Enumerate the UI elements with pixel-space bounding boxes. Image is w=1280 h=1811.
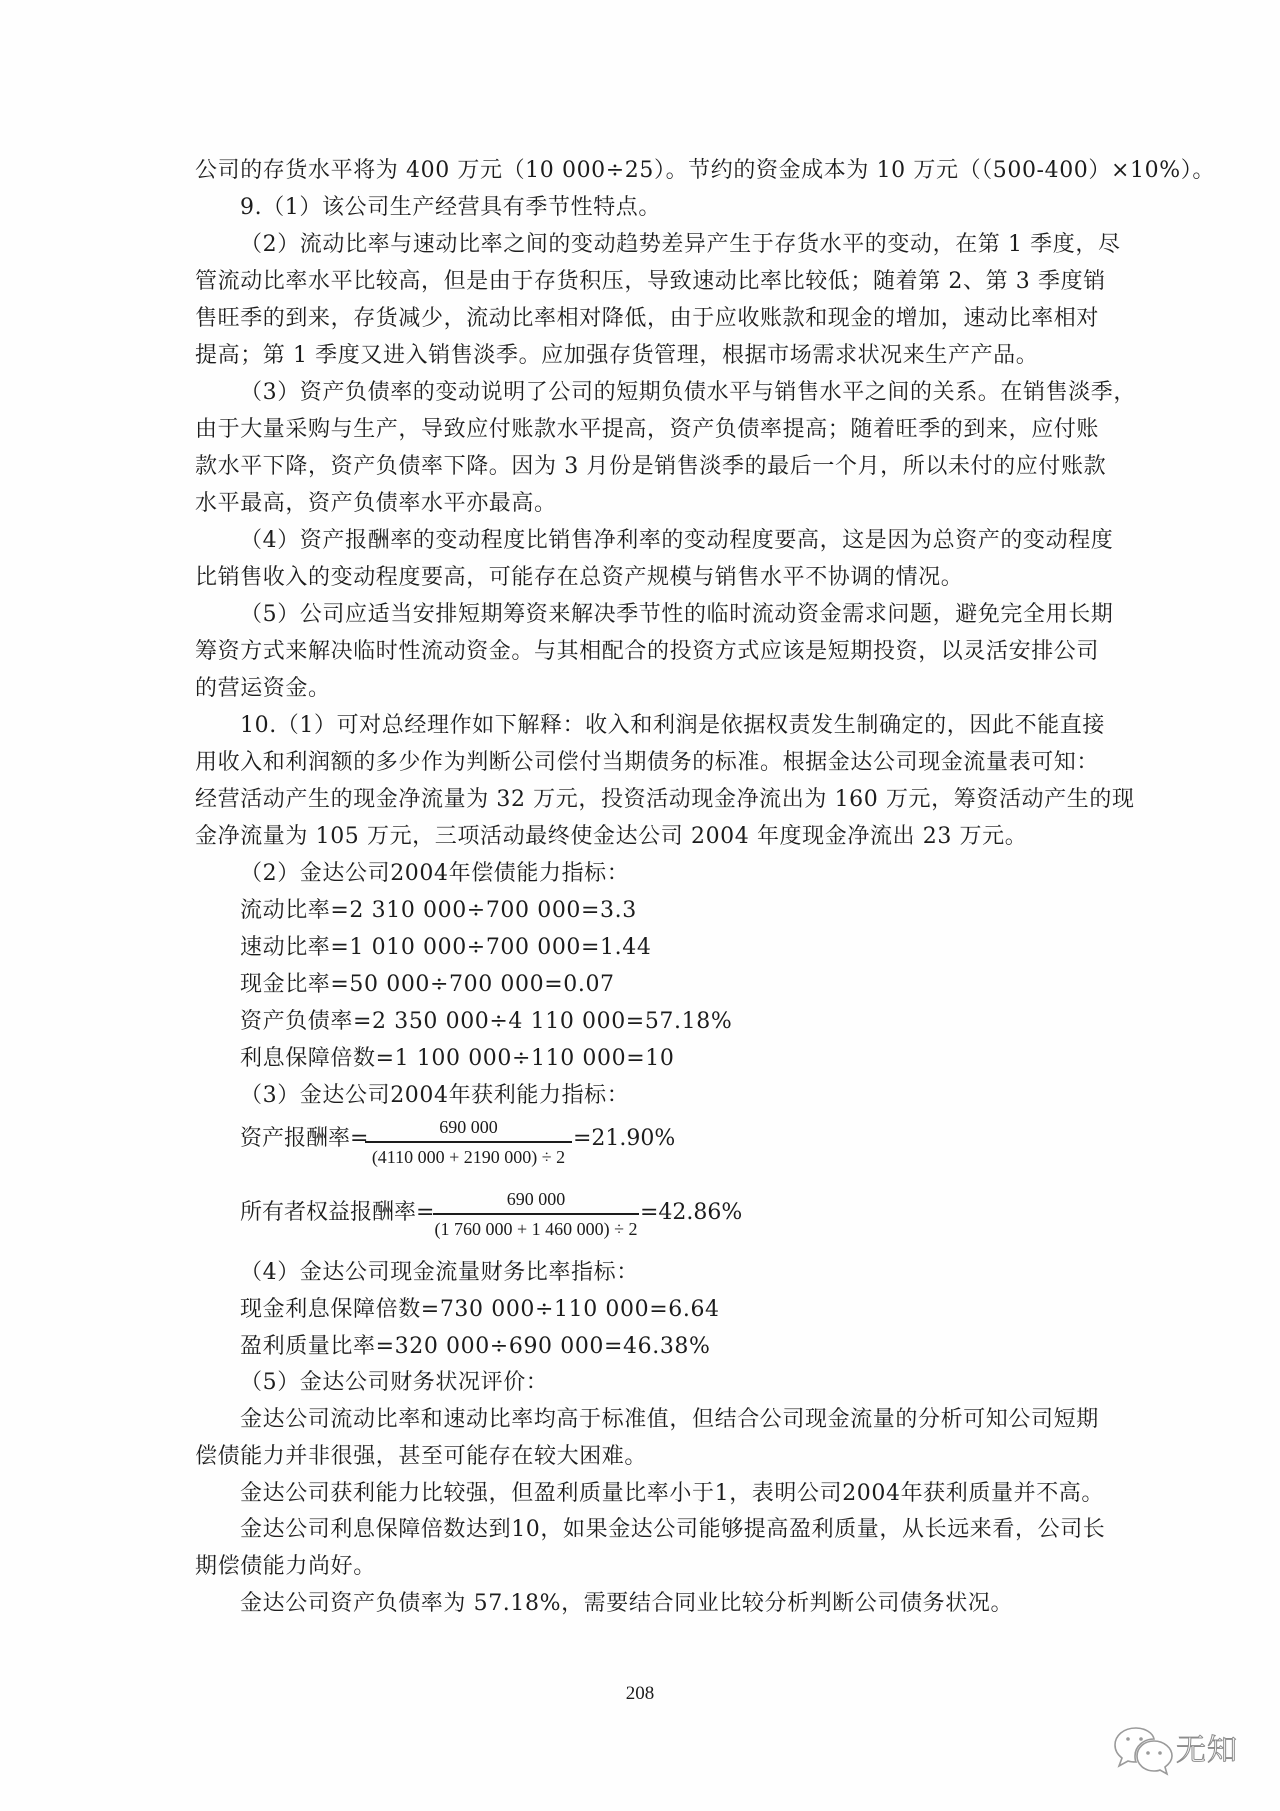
fraction: 690 000 (1 760 000 + 1 460 000) ÷ 2 <box>433 1186 639 1246</box>
evaluation-solvency-line-2: 期偿债能力尚好。 <box>195 1548 1095 1585</box>
evaluation-liquidity-line-2: 偿债能力并非很强，甚至可能存在较大困难。 <box>195 1438 1095 1475</box>
formula-result: =21.90% <box>573 1120 675 1157</box>
answer-9-part-2-line-4: 提高；第 1 季度又进入销售淡季。应加强存货管理，根据市场需求状况来生产产品。 <box>195 337 1095 374</box>
formula-result: =42.86% <box>640 1194 742 1231</box>
answer-9-part-3-line-4: 水平最高，资产负债率水平亦最高。 <box>195 485 1095 522</box>
quick-ratio-line: 速动比率=1 010 000÷700 000=1.44 <box>240 929 1095 966</box>
evaluation-solvency-line-1: 金达公司利息保障倍数达到10，如果金达公司能够提高盈利质量，从长远来看，公司长 <box>240 1511 1095 1548</box>
debt-ratio-line: 资产负债率=2 350 000÷4 110 000=57.18% <box>240 1003 1095 1040</box>
answer-9-part-5-line-2: 筹资方式来解决临时性流动资金。与其相配合的投资方式应该是短期投资，以灵活安排公司 <box>195 633 1095 670</box>
answer-9-part-2-line-1: （2）流动比率与速动比率之间的变动趋势差异产生于存货水平的变动，在第 1 季度，… <box>240 226 1095 263</box>
earnings-quality-line: 盈利质量比率=320 000÷690 000=46.38% <box>240 1328 1095 1365</box>
fraction-denominator: (4110 000 + 2190 000) ÷ 2 <box>365 1143 572 1171</box>
evaluation-liquidity-line-1: 金达公司流动比率和速动比率均高于标准值，但结合公司现金流量的分析可知公司短期 <box>240 1401 1095 1438</box>
answer-10-part-5-heading: （5）金达公司财务状况评价： <box>240 1364 1095 1401</box>
formula-label: 资产报酬率= <box>240 1120 368 1157</box>
fraction-numerator: 690 000 <box>433 1186 639 1212</box>
evaluation-profitability-line: 金达公司获利能力比较强，但盈利质量比率小于1，表明公司2004年获利质量并不高。 <box>240 1475 1095 1512</box>
evaluation-debt-line: 金达公司资产负债率为 57.18%，需要结合同业比较分析判断公司债务状况。 <box>240 1585 1095 1622</box>
answer-9-part-4-line-2: 比销售收入的变动程度要高，可能存在总资产规模与销售水平不协调的情况。 <box>195 559 1095 596</box>
cash-ratio-line: 现金比率=50 000÷700 000=0.07 <box>240 966 1095 1003</box>
return-on-assets-formula: 资产报酬率= 690 000 (4110 000 + 2190 000) ÷ 2… <box>240 1114 640 1174</box>
answer-10-part-1-line-3: 经营活动产生的现金净流量为 32 万元，投资活动现金净流出为 160 万元，筹资… <box>195 781 1095 818</box>
answer-9-part-3-line-3: 款水平下降，资产负债率下降。因为 3 月份是销售淡季的最后一个月，所以未付的应付… <box>195 448 1095 485</box>
formula-label: 所有者权益报酬率= <box>240 1194 434 1231</box>
wechat-icon <box>1112 1722 1176 1782</box>
answer-10-part-4-heading: （4）金达公司现金流量财务比率指标： <box>240 1254 1095 1291</box>
current-ratio-line: 流动比率=2 310 000÷700 000=3.3 <box>240 892 1095 929</box>
watermark-label: 无知 <box>1176 1732 1238 1770</box>
answer-9-part-2-line-2: 管流动比率水平比较高，但是由于存货积压，导致速动比率比较低；随着第 2、第 3 … <box>195 263 1095 300</box>
interest-coverage-line: 利息保障倍数=1 100 000÷110 000=10 <box>240 1040 1095 1077</box>
answer-10-part-3-heading: （3）金达公司2004年获利能力指标： <box>240 1077 1095 1114</box>
fraction-numerator: 690 000 <box>365 1114 572 1140</box>
page-number: 208 <box>610 1682 670 1706</box>
watermark: 无知 <box>1112 1722 1252 1782</box>
answer-10-part-1-line-1: 10.（1）可对总经理作如下解释：收入和利润是依据权责发生制确定的，因此不能直接 <box>240 707 1095 744</box>
answer-10-part-2-heading: （2）金达公司2004年偿债能力指标： <box>240 855 1095 892</box>
answer-10-part-1-line-2: 用收入和利润额的多少作为判断公司偿付当期债务的标准。根据金达公司现金流量表可知： <box>195 744 1095 781</box>
answer-9-part-3-line-1: （3）资产负债率的变动说明了公司的短期负债水平与销售水平之间的关系。在销售淡季， <box>240 374 1095 411</box>
text-line-continuation: 公司的存货水平将为 400 万元（10 000÷25）。节约的资金成本为 10 … <box>195 152 1095 189</box>
return-on-equity-formula: 所有者权益报酬率= 690 000 (1 760 000 + 1 460 000… <box>240 1186 760 1246</box>
document-page: 公司的存货水平将为 400 万元（10 000÷25）。节约的资金成本为 10 … <box>0 0 1280 1811</box>
cash-interest-coverage-line: 现金利息保障倍数=730 000÷110 000=6.64 <box>240 1291 1095 1328</box>
fraction: 690 000 (4110 000 + 2190 000) ÷ 2 <box>365 1114 572 1174</box>
answer-9-part-3-line-2: 由于大量采购与生产，导致应付账款水平提高，资产负债率提高；随着旺季的到来，应付账 <box>195 411 1095 448</box>
answer-9-part-2-line-3: 售旺季的到来，存货减少，流动比率相对降低，由于应收账款和现金的增加，速动比率相对 <box>195 300 1095 337</box>
answer-9-part-4-line-1: （4）资产报酬率的变动程度比销售净利率的变动程度要高，这是因为总资产的变动程度 <box>240 522 1095 559</box>
answer-9-part-5-line-3: 的营运资金。 <box>195 670 1095 707</box>
answer-9-part-5-line-1: （5）公司应适当安排短期筹资来解决季节性的临时流动资金需求问题，避免完全用长期 <box>240 596 1095 633</box>
fraction-denominator: (1 760 000 + 1 460 000) ÷ 2 <box>433 1215 639 1243</box>
answer-10-part-1-line-4: 金净流量为 105 万元，三项活动最终使金达公司 2004 年度现金净流出 23… <box>195 818 1095 855</box>
answer-9-part-1: 9.（1）该公司生产经营具有季节性特点。 <box>240 189 1095 226</box>
